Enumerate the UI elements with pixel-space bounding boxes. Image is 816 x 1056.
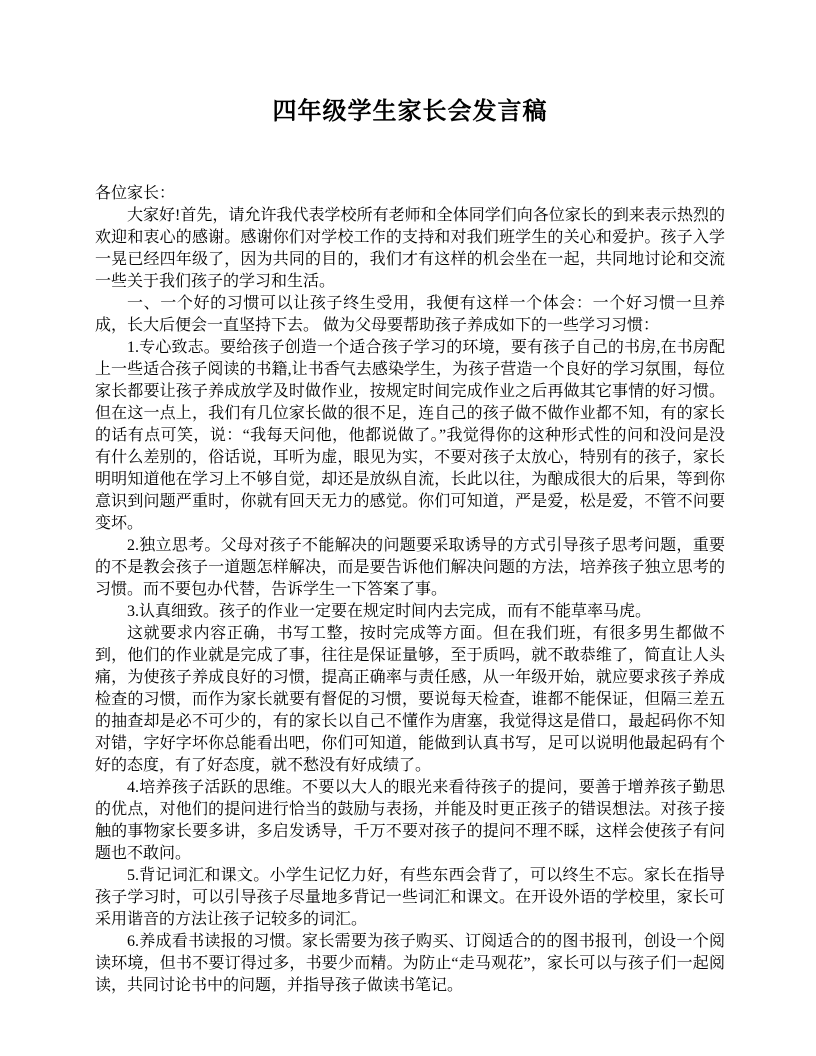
habit-3-detail-paragraph: 这就要求内容正确，书写工整，按时完成等方面。但在我们班，有很多男生都做不到，他们… — [95, 623, 725, 777]
habit-6-paragraph: 6.养成看书读报的习惯。家长需要为孩子购买、订阅适合的的图书报刊，创设一个阅读环… — [95, 931, 725, 997]
salutation: 各位家长： — [95, 183, 725, 205]
document-page: 四年级学生家长会发言稿 各位家长： 大家好!首先，请允许我代表学校所有老师和全体… — [0, 0, 816, 1056]
habit-1-paragraph: 1.专心致志。要给孩子创造一个适合孩子学习的环境，要有孩子自己的书房,在书房配上… — [95, 337, 725, 535]
habit-5-paragraph: 5.背记词汇和课文。小学生记忆力好，有些东西会背了，可以终生不忘。家长在指导孩子… — [95, 865, 725, 931]
document-body: 各位家长： 大家好!首先，请允许我代表学校所有老师和全体同学们向各位家长的到来表… — [95, 183, 725, 997]
intro-paragraph: 大家好!首先，请允许我代表学校所有老师和全体同学们向各位家长的到来表示热烈的欢迎… — [95, 205, 725, 293]
document-title: 四年级学生家长会发言稿 — [95, 96, 725, 128]
habits-intro-paragraph: 一、一个好的习惯可以让孩子终生受用，我便有这样一个体会：一个好习惯一旦养成，长大… — [95, 293, 725, 337]
habit-2-paragraph: 2.独立思考。父母对孩子不能解决的问题要采取诱导的方式引导孩子思考问题，重要的不… — [95, 535, 725, 601]
habit-4-paragraph: 4.培养孩子活跃的思维。不要以大人的眼光来看待孩子的提问，要善于增养孩子勤思的优… — [95, 777, 725, 865]
habit-3-paragraph: 3.认真细致。孩子的作业一定要在规定时间内去完成，而有不能草率马虎。 — [95, 601, 725, 623]
